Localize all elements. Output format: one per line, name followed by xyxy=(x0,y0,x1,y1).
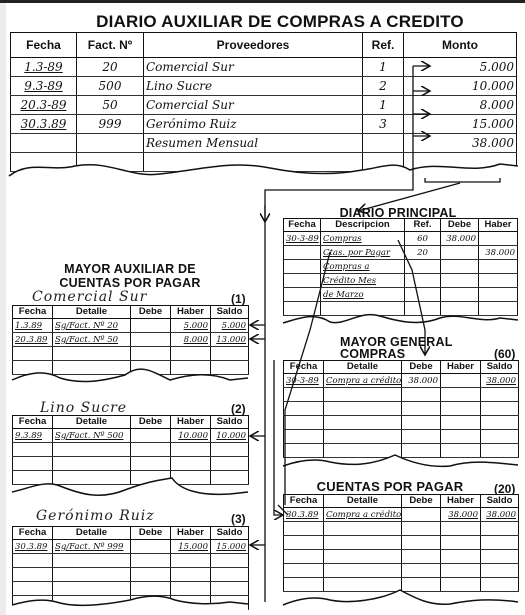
table-row xyxy=(11,153,517,172)
cell-saldo xyxy=(481,550,519,564)
cell-ref: 1 xyxy=(363,96,404,115)
cell-saldo xyxy=(211,568,249,582)
cell-debe xyxy=(131,471,171,485)
col-detalle: Detalle xyxy=(53,527,131,540)
cell-monto: 15.000 xyxy=(404,115,517,134)
cell-fecha xyxy=(13,554,53,568)
table-row xyxy=(284,564,519,578)
cell-haber xyxy=(171,457,211,471)
cell-detalle: Compra a crédito xyxy=(324,508,402,522)
cell-fecha: 20.3.89 xyxy=(13,333,53,347)
empty-cell xyxy=(11,153,77,172)
cell-proveedor: Comercial Sur xyxy=(144,58,363,77)
cell-detalle: Sg/Fact. Nº 20 xyxy=(53,319,131,333)
cell-saldo xyxy=(211,443,249,457)
cell-saldo: 38.000 xyxy=(481,374,519,388)
cell-ref: 60 xyxy=(405,232,441,246)
cell-haber xyxy=(441,522,481,536)
col-detalle: Detalle xyxy=(324,361,402,374)
table-row: 20.3-8950Comercial Sur18.000 xyxy=(11,96,517,115)
header-row: Fecha Descripcion Ref. Debe Haber xyxy=(284,219,518,232)
header-row: FechaDetalleDebeHaberSaldo xyxy=(13,416,249,429)
cell-haber: 5.000 xyxy=(171,319,211,333)
top-rule xyxy=(0,0,525,3)
cell-fecha: 20.3-89 xyxy=(11,96,77,115)
cell-debe xyxy=(402,416,441,430)
table-row xyxy=(13,361,249,375)
header-row: FechaDetalleDebeHaberSaldo xyxy=(13,527,249,540)
table-row xyxy=(13,457,249,471)
cell-debe xyxy=(402,522,441,536)
empty-cell xyxy=(144,153,363,172)
table-row: Compras a xyxy=(284,260,518,274)
cell-debe xyxy=(402,444,441,458)
table-row: 20.3.89Sg/Fact. Nº 508.00013.000 xyxy=(13,333,249,347)
cell-saldo xyxy=(211,457,249,471)
cell-fecha xyxy=(13,361,53,375)
col-ref: Ref. xyxy=(363,33,404,58)
main-title: DIARIO AUXILIAR DE COMPRAS A CREDITO xyxy=(70,12,490,32)
table-row xyxy=(284,522,519,536)
col-debe: Debe xyxy=(131,416,171,429)
cell-descripcion: Compras a xyxy=(321,260,405,274)
table-row xyxy=(13,443,249,457)
cell-fecha xyxy=(284,430,324,444)
cell-debe xyxy=(131,582,171,596)
cell-detalle xyxy=(324,388,402,402)
cell-factura: 20 xyxy=(77,58,144,77)
page-margin-strip xyxy=(0,0,6,615)
cell-fecha: 30-3-89 xyxy=(284,232,321,246)
table-row xyxy=(13,471,249,485)
cell-haber xyxy=(171,361,211,375)
cell-fecha xyxy=(13,443,53,457)
table-row: Crédito Mes xyxy=(284,274,518,288)
col-detalle: Detalle xyxy=(324,495,402,508)
cell-descripcion: de Marzo xyxy=(321,288,405,302)
cell-debe: 38.000 xyxy=(402,374,441,388)
table-row: 30.3.89999Gerónimo Ruiz315.000 xyxy=(11,115,517,134)
col-fecha: Fecha xyxy=(284,495,324,508)
cell-factura: 50 xyxy=(77,96,144,115)
table-row: 30-3-89Compra a crédito38.00038.000 xyxy=(284,374,519,388)
diario-principal-table: Fecha Descripcion Ref. Debe Haber 30-3-8… xyxy=(283,218,518,316)
cell-debe xyxy=(441,260,479,274)
cell-proveedor: Comercial Sur xyxy=(144,96,363,115)
cell-saldo: 13.000 xyxy=(211,333,249,347)
empty-cell xyxy=(404,153,517,172)
cell-saldo xyxy=(481,416,519,430)
table-row xyxy=(13,568,249,582)
cell-fecha xyxy=(284,550,324,564)
cell-saldo xyxy=(211,361,249,375)
col-fecha: Fecha xyxy=(11,33,77,58)
cell-haber xyxy=(441,564,481,578)
table-row: 1.3.89Sg/Fact. Nº 205.0005.000 xyxy=(13,319,249,333)
cell-haber xyxy=(171,443,211,457)
cell-debe xyxy=(131,554,171,568)
cell-fecha xyxy=(13,582,53,596)
col-fecha: Fecha xyxy=(13,416,53,429)
cell-detalle xyxy=(53,568,131,582)
col-saldo: Saldo xyxy=(211,416,249,429)
account-number-1: (1) xyxy=(231,292,246,306)
col-fecha: Fecha xyxy=(13,306,53,319)
table-row xyxy=(284,430,519,444)
table-row: 30.3.89Sg/Fact. Nº 99915.00015.000 xyxy=(13,540,249,554)
cell-fecha xyxy=(284,564,324,578)
table-row: 1.3-8920Comercial Sur15.000 xyxy=(11,58,517,77)
cell-haber xyxy=(171,582,211,596)
cell-saldo xyxy=(481,430,519,444)
cell-detalle xyxy=(324,522,402,536)
cell-saldo xyxy=(211,596,249,610)
cell-haber xyxy=(171,471,211,485)
col-fecha: Fecha xyxy=(284,219,321,232)
cell-haber xyxy=(479,302,518,316)
col-ref: Ref. xyxy=(405,219,441,232)
cell-detalle: Sg/Fact. Nº 50 xyxy=(53,333,131,347)
col-saldo: Saldo xyxy=(481,361,519,374)
cell-haber xyxy=(441,550,481,564)
arrow-right-icon xyxy=(274,360,283,515)
cell-detalle xyxy=(53,554,131,568)
cell-debe xyxy=(131,333,171,347)
ledger-compras: FechaDetalleDebeHaberSaldo30-3-89Compra … xyxy=(283,360,519,458)
cell-saldo: 5.000 xyxy=(211,319,249,333)
cell-ref xyxy=(405,274,441,288)
cell-haber xyxy=(441,578,481,592)
cell-fecha xyxy=(284,302,321,316)
cell-debe xyxy=(441,288,479,302)
cell-factura: 500 xyxy=(77,77,144,96)
cell-debe xyxy=(402,430,441,444)
total-bracket xyxy=(425,178,500,182)
col-saldo: Saldo xyxy=(211,306,249,319)
ledger-comercial-sur: FechaDetalleDebeHaberSaldo1.3.89Sg/Fact.… xyxy=(12,305,249,375)
col-saldo: Saldo xyxy=(481,495,519,508)
cell-fecha: 30.3.89 xyxy=(13,540,53,554)
account-name-2: Lino Sucre xyxy=(40,400,127,416)
cell-detalle xyxy=(324,550,402,564)
cell-haber xyxy=(171,596,211,610)
cell-monto: 10.000 xyxy=(404,77,517,96)
cell-fecha xyxy=(13,347,53,361)
table-row xyxy=(284,550,519,564)
table-row xyxy=(284,444,519,458)
cell-ref: 2 xyxy=(363,77,404,96)
col-factura: Fact. Nº xyxy=(77,33,144,58)
cell-debe xyxy=(402,536,441,550)
account-number-60: (60) xyxy=(494,347,515,361)
cell-debe xyxy=(131,347,171,361)
table-row xyxy=(284,536,519,550)
cell-debe xyxy=(131,429,171,443)
cell-detalle xyxy=(324,402,402,416)
cell-detalle xyxy=(324,536,402,550)
cell-saldo xyxy=(211,554,249,568)
col-haber: Haber xyxy=(441,361,481,374)
cell-saldo xyxy=(481,578,519,592)
account-number-2: (2) xyxy=(231,402,246,416)
cell-detalle: Compra a crédito xyxy=(324,374,402,388)
cell-haber: 8.000 xyxy=(171,333,211,347)
cell-debe xyxy=(131,596,171,610)
cell-ref xyxy=(405,260,441,274)
cell-fecha: 30.3.89 xyxy=(11,115,77,134)
cell-haber xyxy=(171,568,211,582)
cell-fecha xyxy=(13,457,53,471)
cell-saldo xyxy=(481,564,519,578)
col-monto: Monto xyxy=(404,33,517,58)
cell-fecha xyxy=(284,274,321,288)
ledger-geronimo-ruiz: FechaDetalleDebeHaberSaldo30.3.89Sg/Fact… xyxy=(12,526,249,610)
col-descripcion: Descripcion xyxy=(321,219,405,232)
table-row: de Marzo xyxy=(284,288,518,302)
col-haber: Haber xyxy=(171,416,211,429)
cell-detalle xyxy=(53,361,131,375)
cell-detalle xyxy=(324,430,402,444)
cell-descripcion xyxy=(321,302,405,316)
cell-haber: 38.000 xyxy=(441,508,481,522)
cell-debe xyxy=(441,246,479,260)
cell-haber xyxy=(479,232,518,246)
cell-fecha xyxy=(13,568,53,582)
cell-ref xyxy=(363,134,404,153)
table-row: 9.3.89Sg/Fact. Nº 50010.00010.000 xyxy=(13,429,249,443)
cell-debe xyxy=(131,568,171,582)
table-row xyxy=(284,416,519,430)
cell-haber xyxy=(441,374,481,388)
cell-detalle xyxy=(53,347,131,361)
col-debe: Debe xyxy=(131,306,171,319)
cell-monto: 8.000 xyxy=(404,96,517,115)
cell-detalle xyxy=(324,416,402,430)
cell-monto: 5.000 xyxy=(404,58,517,77)
col-proveedores: Proveedores xyxy=(144,33,363,58)
col-haber: Haber xyxy=(479,219,518,232)
cell-debe xyxy=(402,508,441,522)
cell-debe xyxy=(131,540,171,554)
cell-debe xyxy=(402,578,441,592)
ledger-cuentas-por-pagar: FechaDetalleDebeHaberSaldo30.3.89Compra … xyxy=(283,494,519,592)
cell-saldo xyxy=(211,582,249,596)
cell-haber xyxy=(441,416,481,430)
cell-debe xyxy=(441,302,479,316)
cell-haber: 15.000 xyxy=(171,540,211,554)
cell-detalle xyxy=(324,444,402,458)
cell-detalle: Sg/Fact. Nº 999 xyxy=(53,540,131,554)
table-row xyxy=(13,347,249,361)
cell-ref: 1 xyxy=(363,58,404,77)
cell-proveedor: Resumen Mensual xyxy=(144,134,363,153)
cell-debe xyxy=(402,550,441,564)
cell-detalle xyxy=(324,564,402,578)
cell-fecha xyxy=(284,260,321,274)
cell-saldo xyxy=(481,402,519,416)
cell-detalle xyxy=(324,578,402,592)
header-row: FechaDetalleDebeHaberSaldo xyxy=(13,306,249,319)
cell-fecha: 9.3.89 xyxy=(13,429,53,443)
cell-fecha xyxy=(284,288,321,302)
cell-fecha xyxy=(284,388,324,402)
col-detalle: Detalle xyxy=(53,306,131,319)
table-row: 30.3.89Compra a crédito38.00038.000 xyxy=(284,508,519,522)
cell-saldo: 15.000 xyxy=(211,540,249,554)
cell-ref xyxy=(405,288,441,302)
cell-detalle xyxy=(53,443,131,457)
cell-fecha xyxy=(284,402,324,416)
cell-haber xyxy=(441,402,481,416)
cell-saldo xyxy=(211,347,249,361)
cell-haber xyxy=(479,288,518,302)
empty-cell xyxy=(77,153,144,172)
cell-fecha: 1.3-89 xyxy=(11,58,77,77)
table-row xyxy=(284,388,519,402)
table-row xyxy=(284,402,519,416)
table-row: 30-3-89Compras6038.000 xyxy=(284,232,518,246)
cell-haber xyxy=(171,347,211,361)
cell-fecha xyxy=(284,444,324,458)
col-haber: Haber xyxy=(171,527,211,540)
col-haber: Haber xyxy=(441,495,481,508)
cell-debe xyxy=(402,402,441,416)
cell-descripcion: Compras xyxy=(321,232,405,246)
cell-debe: 38.000 xyxy=(441,232,479,246)
cell-fecha: 30.3.89 xyxy=(284,508,324,522)
col-fecha: Fecha xyxy=(13,527,53,540)
cell-saldo xyxy=(481,388,519,402)
cell-debe xyxy=(131,319,171,333)
table-row xyxy=(13,554,249,568)
cell-fecha xyxy=(284,246,321,260)
table-row: 9.3-89500Lino Sucre210.000 xyxy=(11,77,517,96)
cell-proveedor: Lino Sucre xyxy=(144,77,363,96)
cell-haber: 10.000 xyxy=(171,429,211,443)
cell-fecha xyxy=(284,536,324,550)
cell-haber xyxy=(441,536,481,550)
cell-saldo xyxy=(481,522,519,536)
cell-haber xyxy=(479,274,518,288)
cell-descripcion: Ctas. por Pagar xyxy=(321,246,405,260)
cell-factura xyxy=(77,134,144,153)
cell-fecha xyxy=(284,522,324,536)
ledger-lino-sucre: FechaDetalleDebeHaberSaldo9.3.89Sg/Fact.… xyxy=(12,415,249,485)
cell-detalle xyxy=(53,457,131,471)
col-debe: Debe xyxy=(441,219,479,232)
cell-fecha: 30-3-89 xyxy=(284,374,324,388)
cell-haber xyxy=(441,444,481,458)
cell-debe xyxy=(131,443,171,457)
cell-debe xyxy=(131,457,171,471)
empty-cell xyxy=(363,153,404,172)
col-saldo: Saldo xyxy=(211,527,249,540)
cell-monto: 38.000 xyxy=(404,134,517,153)
cell-detalle: Sg/Fact. Nº 500 xyxy=(53,429,131,443)
cell-ref: 3 xyxy=(363,115,404,134)
table-row xyxy=(284,578,519,592)
diario-auxiliar-table: Fecha Fact. Nº Proveedores Ref. Monto 1.… xyxy=(10,32,517,172)
cell-factura: 999 xyxy=(77,115,144,134)
table-row xyxy=(13,582,249,596)
cuentas-por-pagar-title: CUENTAS POR PAGAR xyxy=(305,480,475,494)
mayor-auxiliar-title-line2: CUENTAS POR PAGAR xyxy=(40,276,220,290)
cell-saldo: 10.000 xyxy=(211,429,249,443)
table-row xyxy=(13,596,249,610)
mayor-general-title-line2: COMPRAS xyxy=(340,347,405,361)
cell-haber xyxy=(171,554,211,568)
col-debe: Debe xyxy=(402,361,441,374)
cell-debe xyxy=(441,274,479,288)
cell-descripcion: Crédito Mes xyxy=(321,274,405,288)
cell-haber xyxy=(479,260,518,274)
header-row: FechaDetalleDebeHaberSaldo xyxy=(284,495,519,508)
cell-saldo: 38.000 xyxy=(481,508,519,522)
cell-haber xyxy=(441,430,481,444)
cell-debe xyxy=(402,388,441,402)
cell-debe xyxy=(402,564,441,578)
cell-fecha xyxy=(284,578,324,592)
col-debe: Debe xyxy=(402,495,441,508)
table-row: Resumen Mensual38.000 xyxy=(11,134,517,153)
cell-saldo xyxy=(211,471,249,485)
table-row xyxy=(284,302,518,316)
cell-haber xyxy=(441,388,481,402)
cell-fecha xyxy=(284,416,324,430)
cell-saldo xyxy=(481,536,519,550)
cell-fecha xyxy=(11,134,77,153)
cell-fecha xyxy=(13,471,53,485)
mayor-auxiliar-title-line1: MAYOR AUXILIAR DE xyxy=(40,262,220,276)
cell-fecha: 9.3-89 xyxy=(11,77,77,96)
cell-detalle xyxy=(53,596,131,610)
header-row: Fecha Fact. Nº Proveedores Ref. Monto xyxy=(11,33,517,58)
cell-proveedor: Gerónimo Ruiz xyxy=(144,115,363,134)
col-debe: Debe xyxy=(131,527,171,540)
cell-detalle xyxy=(53,582,131,596)
cell-fecha: 1.3.89 xyxy=(13,319,53,333)
cell-debe xyxy=(131,361,171,375)
cell-haber: 38.000 xyxy=(479,246,518,260)
col-fecha: Fecha xyxy=(284,361,324,374)
account-name-3: Gerónimo Ruiz xyxy=(36,508,155,524)
cell-fecha xyxy=(13,596,53,610)
account-number-3: (3) xyxy=(231,512,246,526)
cell-ref: 20 xyxy=(405,246,441,260)
cell-ref xyxy=(405,302,441,316)
table-row: Ctas. por Pagar2038.000 xyxy=(284,246,518,260)
header-row: FechaDetalleDebeHaberSaldo xyxy=(284,361,519,374)
cell-saldo xyxy=(481,444,519,458)
account-name-1: Comercial Sur xyxy=(32,289,147,305)
col-detalle: Detalle xyxy=(53,416,131,429)
col-haber: Haber xyxy=(171,306,211,319)
cell-detalle xyxy=(53,471,131,485)
